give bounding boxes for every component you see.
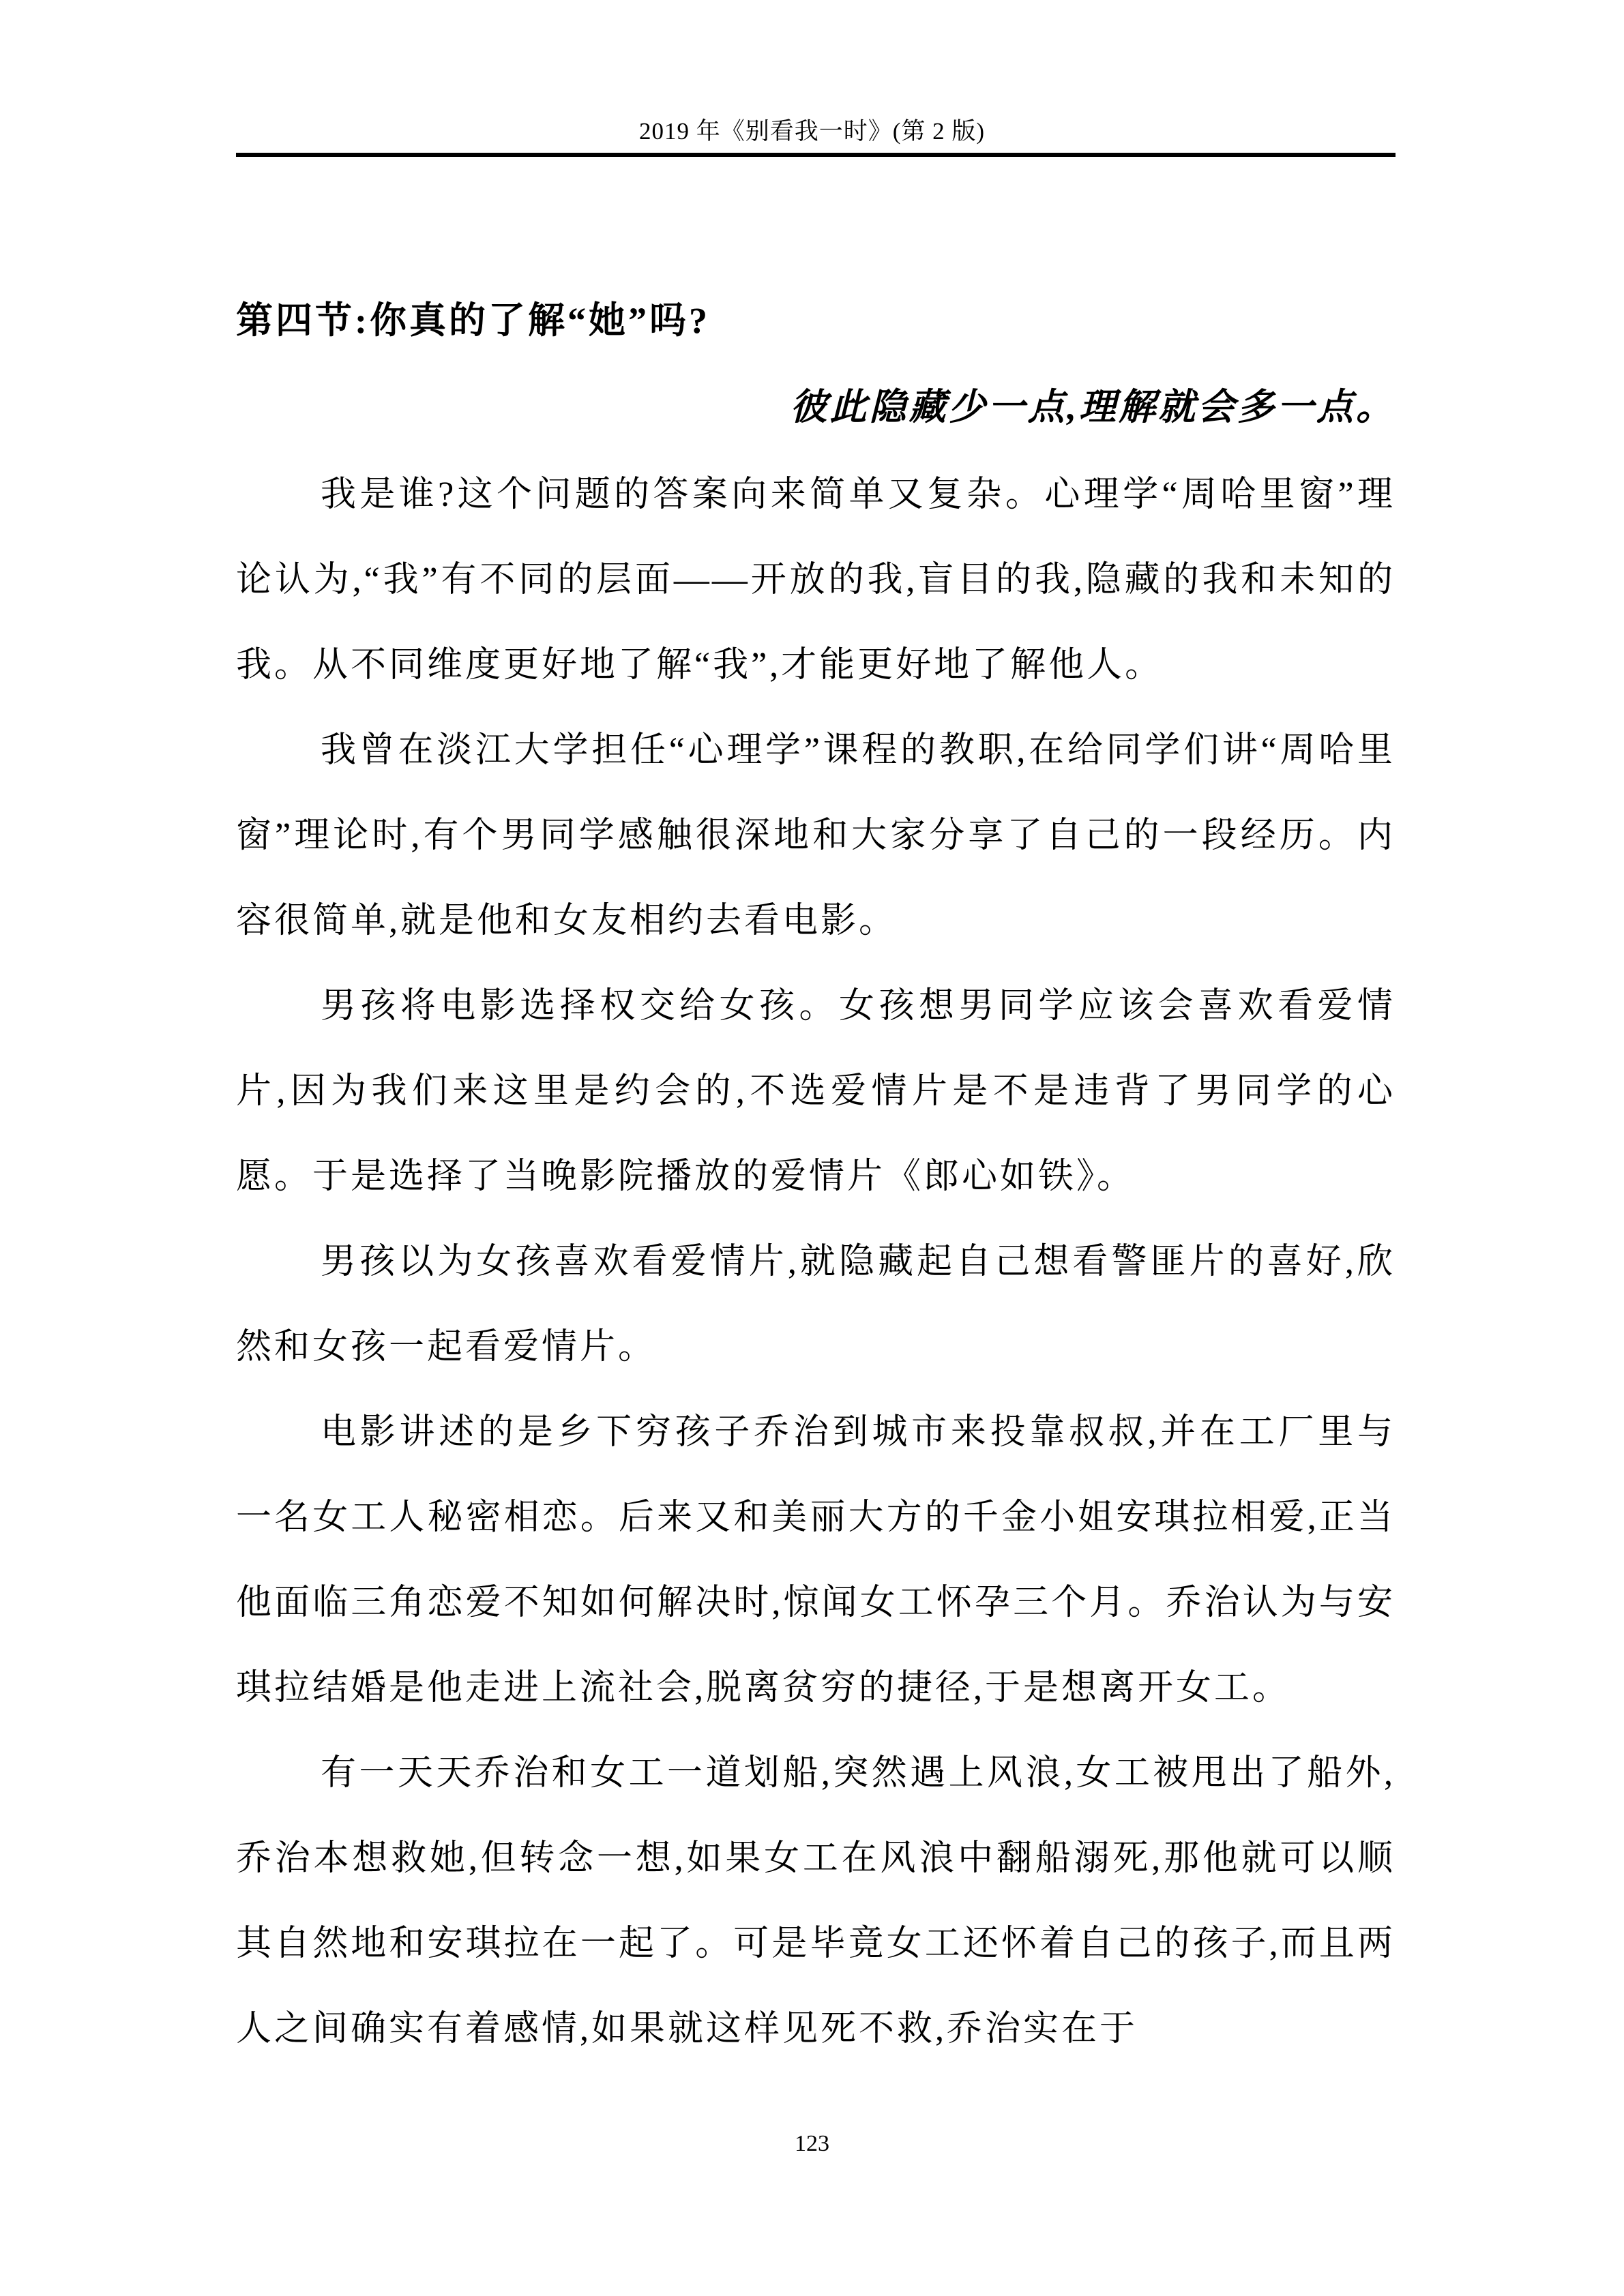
- paragraph: 我是谁?这个问题的答案向来简单又复杂。心理学“周哈里窗”理论认为,“我”有不同的…: [236, 452, 1396, 708]
- paragraph: 我曾在淡江大学担任“心理学”课程的教职,在给同学们讲“周哈里窗”理论时,有个男同…: [236, 708, 1396, 964]
- paragraph: 男孩以为女孩喜欢看爱情片,就隐藏起自己想看警匪片的喜好,欣然和女孩一起看爱情片。: [236, 1219, 1396, 1390]
- section-title: 第四节:你真的了解“她”吗?: [236, 299, 1396, 342]
- paragraph: 有一天天乔治和女工一道划船,突然遇上风浪,女工被甩出了船外,乔治本想救她,但转念…: [236, 1731, 1396, 2072]
- header-rule: [236, 153, 1396, 157]
- running-head-title: 2019 年《别看我一时》(第 2 版): [0, 117, 1624, 146]
- section-epigraph: 彼此隐藏少一点,理解就会多一点。: [236, 385, 1396, 430]
- document-page: 2019 年《别看我一时》(第 2 版) 第四节:你真的了解“她”吗? 彼此隐藏…: [0, 0, 1624, 2296]
- paragraph: 电影讲述的是乡下穷孩子乔治到城市来投靠叔叔,并在工厂里与一名女工人秘密相恋。后来…: [236, 1390, 1396, 1731]
- body-text: 我是谁?这个问题的答案向来简单又复杂。心理学“周哈里窗”理论认为,“我”有不同的…: [236, 452, 1396, 2072]
- page-footer: 123: [0, 2130, 1624, 2158]
- page-number: 123: [795, 2131, 829, 2156]
- paragraph: 男孩将电影选择权交给女孩。女孩想男同学应该会喜欢看爱情片,因为我们来这里是约会的…: [236, 964, 1396, 1219]
